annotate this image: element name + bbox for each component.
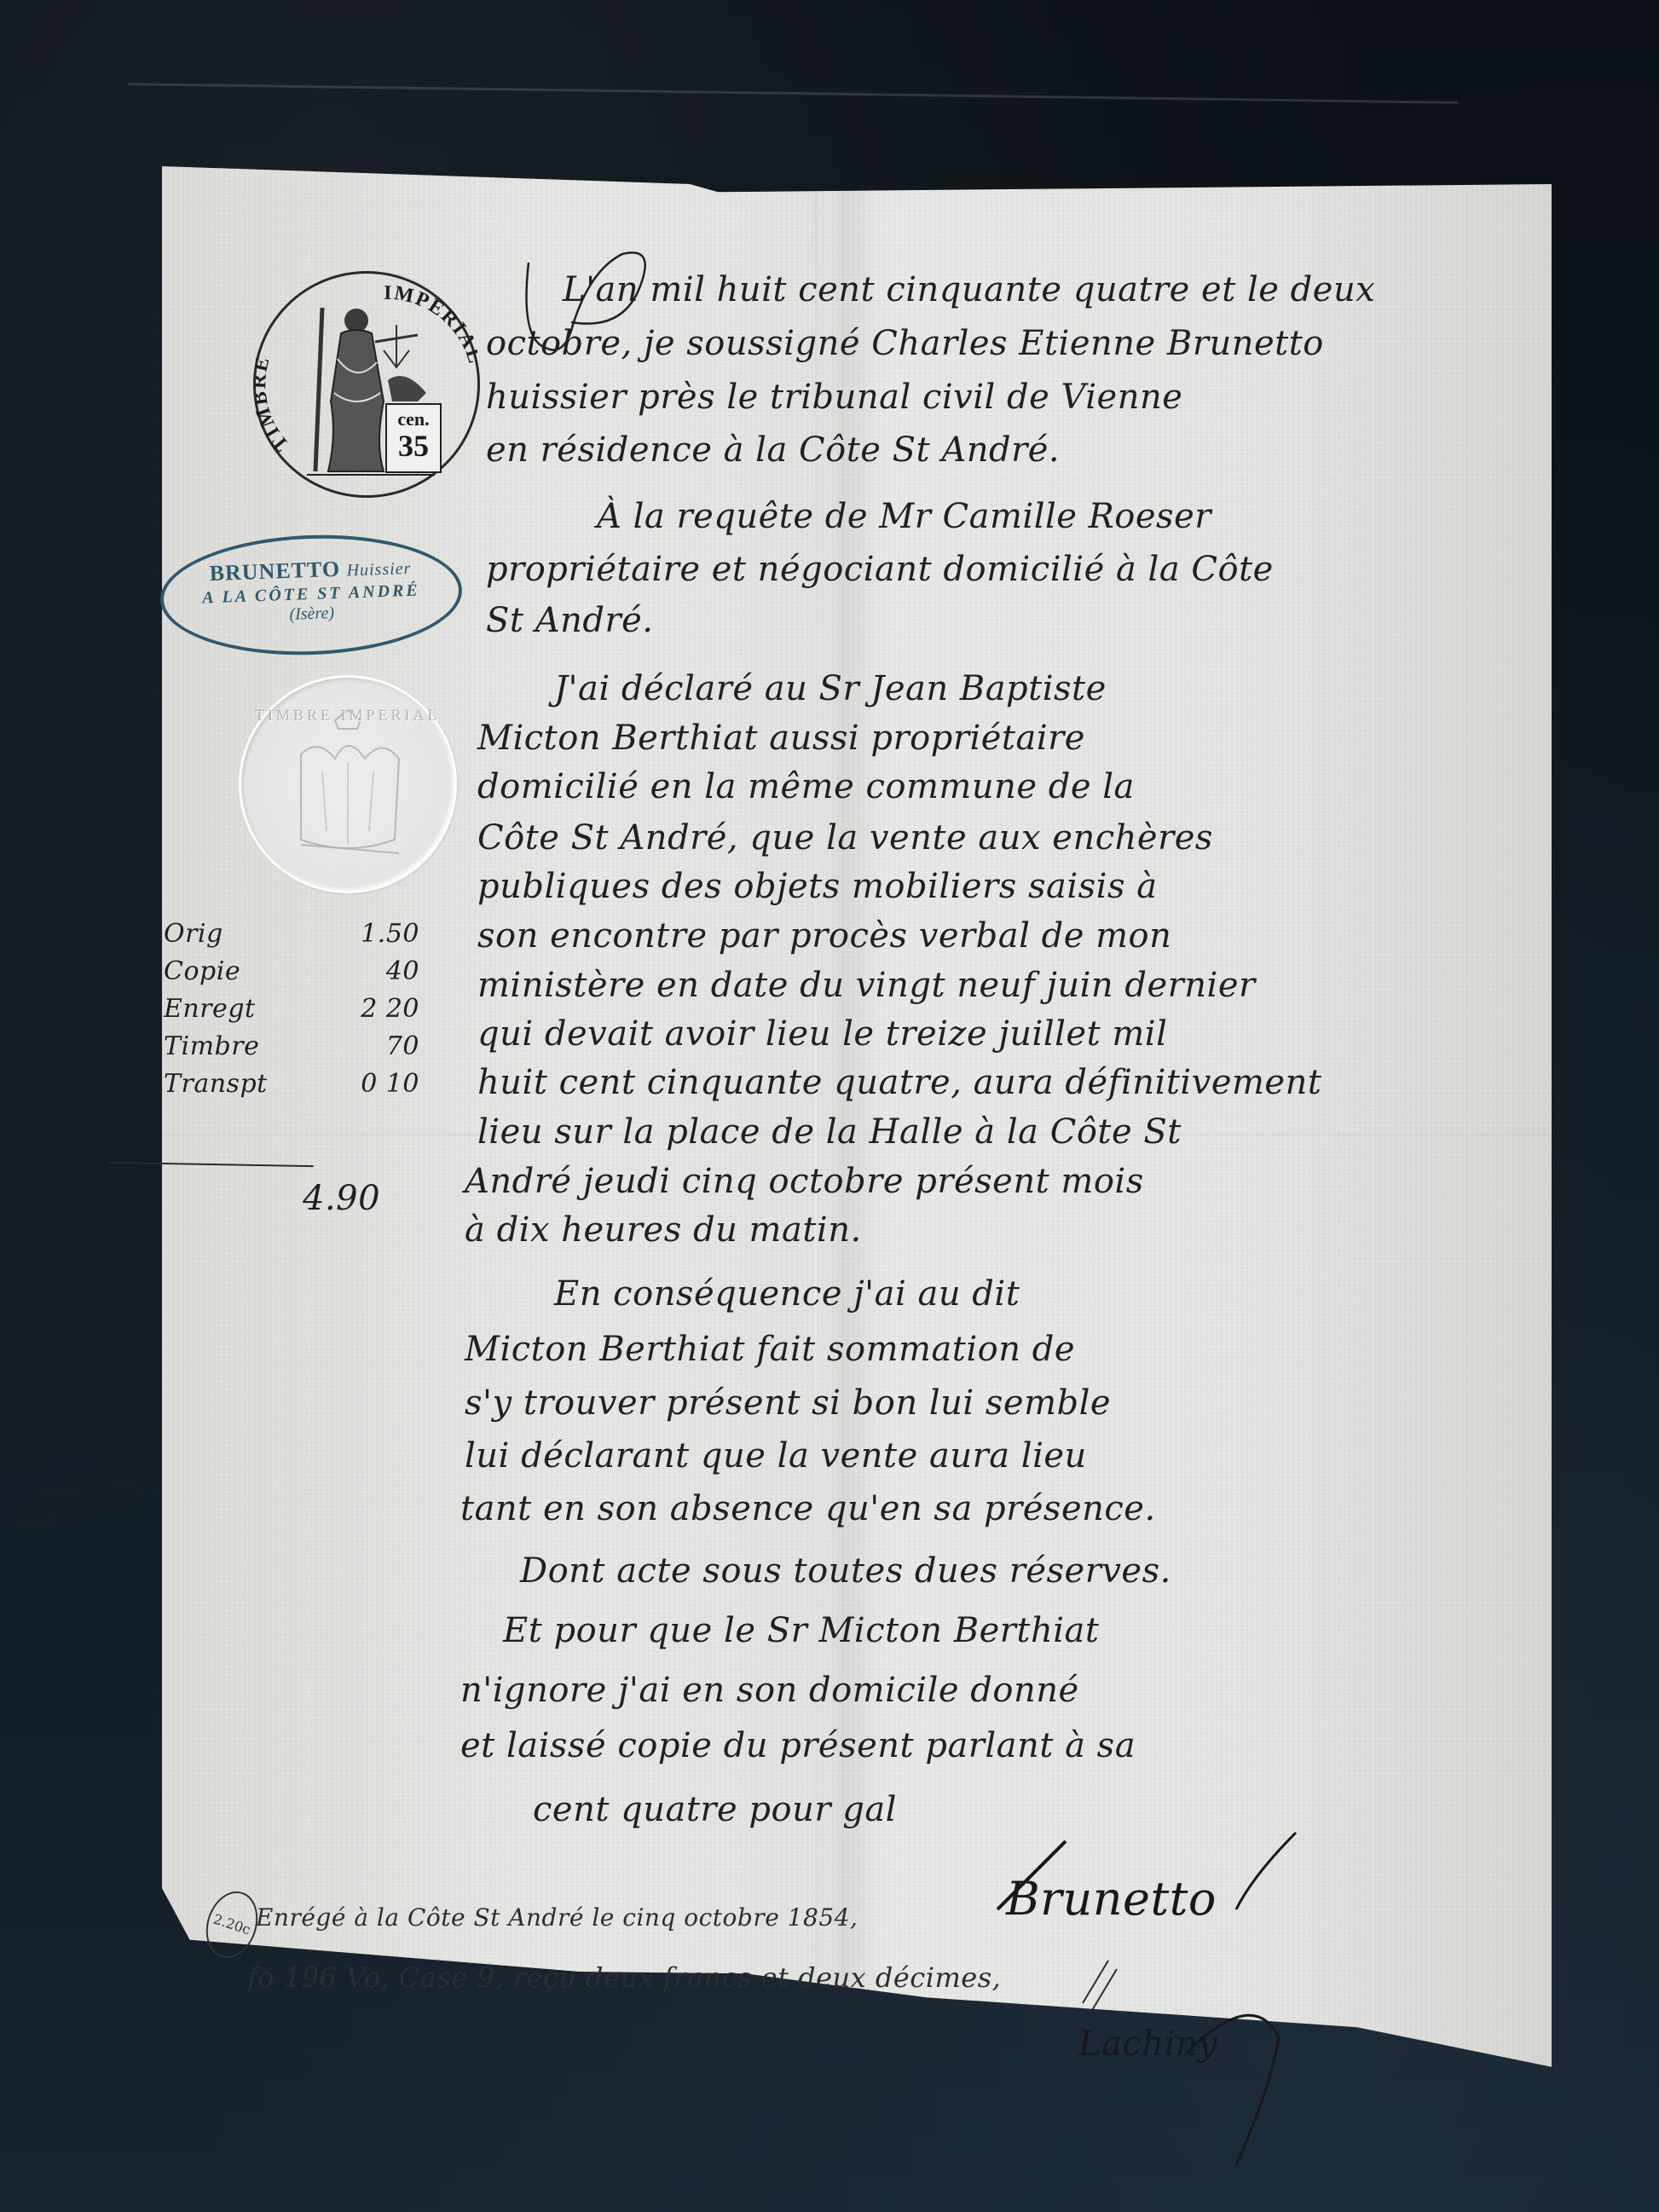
body-line-24: tant en son absence qu'en sa présence. xyxy=(460,1485,1500,1533)
body-line-20: En conséquence j'ai au dit xyxy=(554,1270,1594,1318)
body-line-7: St André. xyxy=(486,597,1526,644)
signature-flourish-icon xyxy=(980,1824,1304,1926)
body-line-8: J'ai déclaré au Sr Jean Baptiste xyxy=(554,665,1594,713)
body-line-17: lieu sur la place de la Halle à la Côte … xyxy=(477,1108,1517,1156)
body-line-6: propriétaire et négociant domicilié à la… xyxy=(486,546,1526,593)
body-line-27: n'ignore j'ai en son domicile donné xyxy=(460,1666,1500,1714)
fee-total: 4.90 xyxy=(303,1175,380,1222)
body-line-12: publiques des objets mobiliers saisis à xyxy=(477,863,1517,910)
svg-text:IMPERIAL: IMPERIAL xyxy=(384,282,477,367)
svg-text:TIMBRE: TIMBRE xyxy=(256,354,293,455)
body-line-28: et laissé copie du présent parlant à sa xyxy=(460,1722,1500,1770)
imperial-tax-stamp: TIMBRE IMPERIAL cen. 35 xyxy=(253,271,480,498)
body-line-16: huit cent cinquante quatre, aura définit… xyxy=(477,1059,1517,1106)
body-line-25: Dont acte sous toutes dues réserves. xyxy=(520,1547,1560,1595)
body-line-9: Micton Berthiat aussi propriétaire xyxy=(477,714,1517,762)
receiver-flourish-icon xyxy=(1057,1952,1296,2174)
bailiff-stamp-title: Huissier xyxy=(346,559,412,580)
body-line-2: octobre, je soussigné Charles Etienne Br… xyxy=(486,320,1526,367)
body-line-4: en résidence à la Côte St André. xyxy=(486,426,1526,474)
body-line-15: qui devait avoir lieu le treize juillet … xyxy=(477,1010,1517,1058)
body-line-3: huissier près le tribunal civil de Vienn… xyxy=(486,373,1526,421)
body-line-5: À la requête de Mr Camille Roeser xyxy=(597,493,1637,540)
fee-row: Orig 1.50 xyxy=(164,910,454,948)
body-line-1: L'an mil huit cent cinquante quatre et l… xyxy=(563,266,1603,314)
body-line-21: Micton Berthiat fait sommation de xyxy=(465,1325,1505,1373)
body-line-11: Côte St André, que la vente aux enchères xyxy=(477,814,1517,862)
body-line-10: domicilié en la même commune de la xyxy=(477,763,1517,811)
embossed-seal-text: TIMBRE IMPERIAL xyxy=(241,707,454,725)
body-line-23: lui déclarant que la vente aura lieu xyxy=(465,1432,1505,1480)
body-line-18: André jeudi cinq octobre présent mois xyxy=(465,1158,1505,1205)
body-line-14: ministère en date du vingt neuf juin der… xyxy=(477,962,1517,1009)
fee-row: Copie 40 xyxy=(164,948,454,985)
body-line-22: s'y trouver présent si bon lui semble xyxy=(465,1379,1505,1427)
fee-row: Enregt 2 20 xyxy=(164,985,454,1023)
registration-line-1: Enrégé à la Côte St André le cinq octobr… xyxy=(256,1901,858,1935)
stamp-denomination: cen. 35 xyxy=(385,403,442,473)
fee-row: Transpt 0 10 xyxy=(164,1060,454,1098)
bailiff-stamp-name: BRUNETTO xyxy=(209,557,340,586)
justice-figure-icon: TIMBRE IMPERIAL xyxy=(256,274,477,495)
registration-line-2: fo 196 Vo, Case 9, reçu deux francs et d… xyxy=(247,1961,1001,1995)
embossed-seal: TIMBRE IMPERIAL xyxy=(239,675,457,893)
fee-tally: Orig 1.50 Copie 40 Enregt 2 20 Timbre 70… xyxy=(164,910,454,1098)
fee-row: Timbre 70 xyxy=(164,1023,454,1060)
body-line-13: son encontre par procès verbal de mon xyxy=(477,912,1517,960)
body-line-26: Et pour que le Sr Micton Berthiat xyxy=(503,1607,1543,1655)
body-line-19: à dix heures du matin. xyxy=(465,1206,1505,1254)
